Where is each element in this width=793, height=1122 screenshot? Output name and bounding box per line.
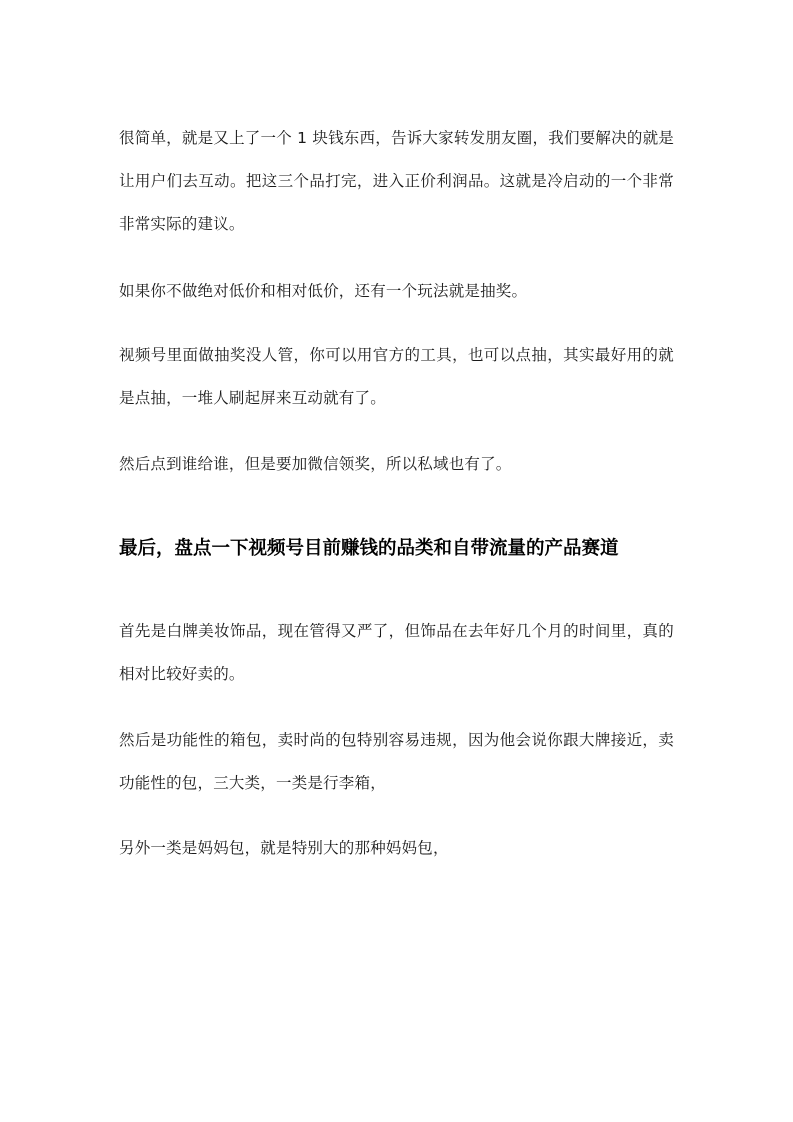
section-heading: 最后，盘点一下视频号目前赚钱的品类和自带流量的产品赛道 [119,534,679,564]
paragraph-beauty-accessories: 首先是白牌美妆饰品，现在管得又严了，但饰品在去年好几个月的时间里，真的相对比较好… [119,610,674,696]
paragraph-mom-bags: 另外一类是妈妈包，就是特别大的那种妈妈包， [119,827,674,870]
paragraph-private-domain: 然后点到谁给谁，但是要加微信领奖，所以私域也有了。 [119,443,674,486]
paragraph-lottery: 如果你不做绝对低价和相对低价，还有一个玩法就是抽奖。 [119,270,674,313]
paragraph-functional-bags: 然后是功能性的箱包，卖时尚的包特别容易违规，因为他会说你跟大牌接近，卖功能性的包… [119,719,674,805]
paragraph-lottery-detail: 视频号里面做抽奖没人管，你可以用官方的工具，也可以点抽，其实最好用的就是点抽，一… [119,334,674,420]
paragraph-cold-start: 很简单，就是又上了一个 1 块钱东西，告诉大家转发朋友圈，我们要解决的就是让用户… [119,117,674,246]
